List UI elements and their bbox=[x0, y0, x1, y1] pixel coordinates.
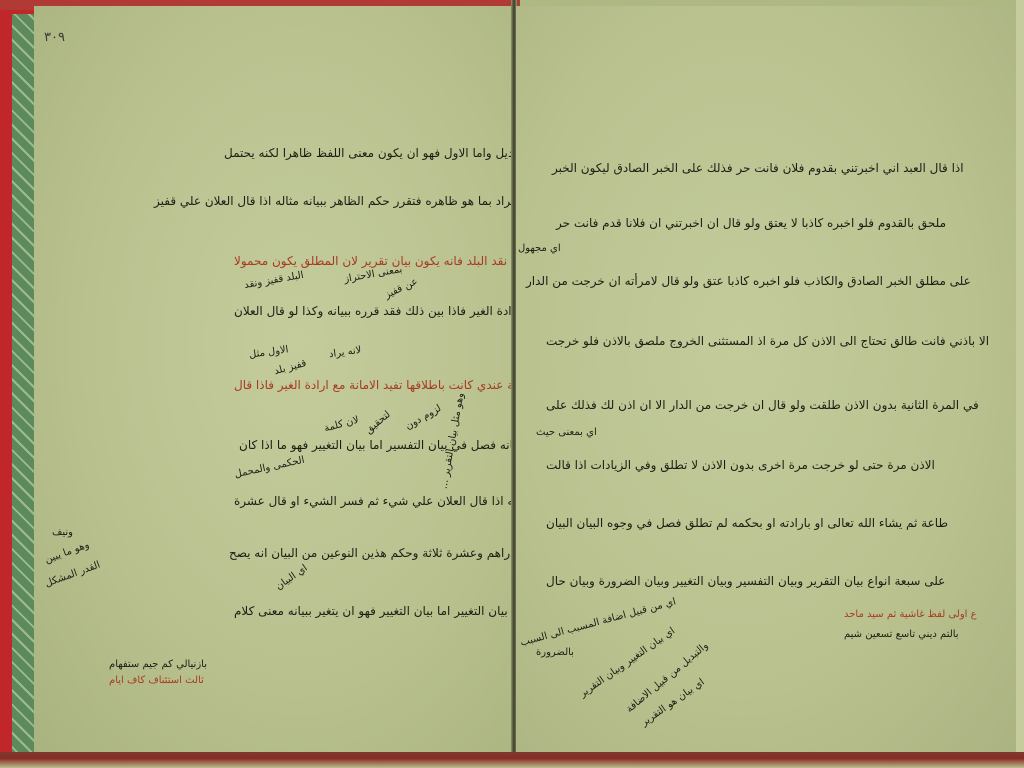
main-text-line: وبيان عطف وبيان التبديل واما الاول فهو ا… bbox=[224, 146, 514, 160]
bottom-note: بازنيالي كم جيم ستفهام bbox=[109, 658, 207, 672]
marginalia: اي بمعنى حيث bbox=[536, 426, 597, 440]
main-text-line: اللفظ غير مكشوف المراد فكشف ببيانه مثاله… bbox=[234, 494, 514, 508]
interlinear-gloss: لانه يراد bbox=[328, 344, 362, 362]
marginalia: بالضرورة bbox=[536, 646, 574, 660]
main-text-line: موصولا ومفصولا فصل في بيان التغيير اما ب… bbox=[234, 604, 514, 618]
main-text-line: ودنانير ثم فسر النقي او قال دراهم وعشرة … bbox=[229, 546, 514, 560]
interlinear-gloss: اي البيان bbox=[273, 562, 311, 594]
interlinear-gloss: لان كلمة bbox=[323, 414, 361, 437]
page-edge-right bbox=[1016, 0, 1024, 768]
interlinear-gloss: البلد قفيز ونقد bbox=[243, 269, 305, 293]
interlinear-gloss: الاول مثل bbox=[248, 343, 289, 362]
binding-edge-bottom bbox=[0, 752, 1024, 768]
marginalia: اي مجهول bbox=[518, 242, 561, 256]
main-text-line: الاذن مرة حتى لو خرجت مرة اخرى بدون الاذ… bbox=[546, 458, 935, 472]
binding-woven-band bbox=[12, 14, 34, 754]
main-text-line: الا باذني فانت طالق تحتاج الى الاذن كل م… bbox=[546, 334, 989, 348]
main-text-line: عندي وديعة فان كلمة عندي كانت باطلاقها ت… bbox=[234, 378, 514, 392]
main-text-line: على مطلق الخبر الصادق والكاذب فلو اخبره … bbox=[526, 274, 971, 288]
folio-number: ٣٠٩ bbox=[44, 30, 65, 45]
interlinear-gloss: الحكمى والمحمل bbox=[233, 454, 306, 483]
bottom-right-note: ع اولى لفظ غاشية ثم سيد ماحد bbox=[844, 608, 977, 622]
main-text-line: ملحق بالقدوم فلو اخبره كاذبا لا يعتق ولو… bbox=[556, 216, 946, 230]
interlinear-gloss: قفيز بلد bbox=[273, 357, 308, 379]
margin-note: ونيف bbox=[52, 526, 73, 540]
main-text-line: على نقد البلد وقفيزه مع احتمال ارادة الغ… bbox=[234, 304, 514, 318]
main-text-line: حنطة بقفيز البلد او الف من نقد البلد فان… bbox=[234, 254, 514, 268]
bottom-note: ثالث استئناف كاف ايام bbox=[109, 674, 204, 688]
manuscript-photo: ٣٠٩ وبيان عطف وبيان التبديل واما الاول ف… bbox=[0, 0, 1024, 768]
left-page: ٣٠٩ وبيان عطف وبيان التبديل واما الاول ف… bbox=[34, 6, 514, 752]
main-text-line: على سبعة انواع بيان التقرير وبيان التفسي… bbox=[546, 574, 945, 588]
interlinear-gloss: لزوم دون bbox=[403, 402, 444, 434]
main-text-line: في المرة الثانية بدون الاذن طلقت ولو قال… bbox=[546, 398, 979, 412]
main-text-line: طاعة ثم يشاء الله تعالى او بارادته او بح… bbox=[546, 516, 948, 530]
right-page: اذا قال العبد اني اخبرتني بقدوم فلان فان… bbox=[516, 6, 1016, 752]
main-text-line: اذا قال العبد اني اخبرتني بقدوم فلان فان… bbox=[552, 161, 964, 175]
main-text-line: غيره فتبين المراد بما هو ظاهره فتقرر حكم… bbox=[154, 194, 514, 208]
bottom-right-note: بالتم ديني تاسع تسعين شيم bbox=[844, 628, 959, 642]
main-text-line: وديعة فقد قرر حكم الظاهر ببيانه فصل في ب… bbox=[239, 438, 514, 452]
interlinear-gloss: لتحقيق bbox=[363, 408, 394, 437]
